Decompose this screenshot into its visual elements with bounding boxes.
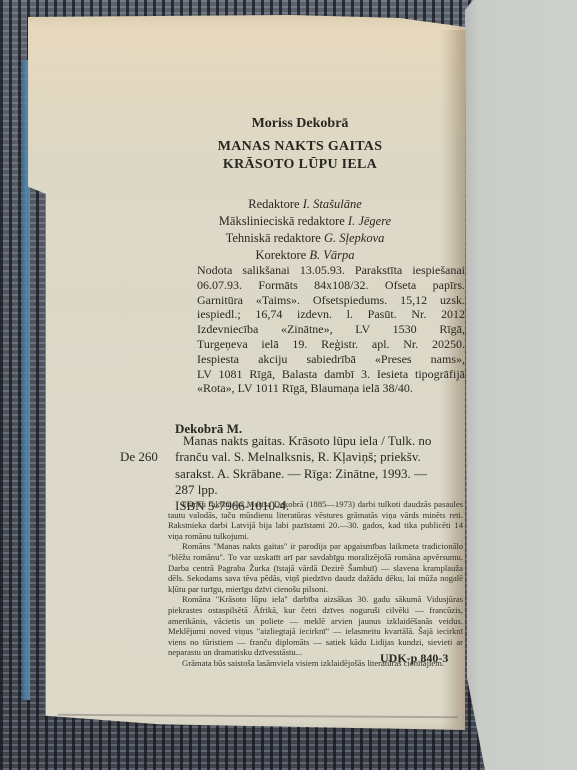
credit-line: Redaktore I. Stašulāne — [180, 196, 430, 213]
imprint-line: Turgeņeva ielā 19. Reģistr. apl. Nr. 202… — [197, 337, 465, 352]
right-page — [465, 0, 577, 770]
catalog-line: Manas nakts gaitas. Krāsoto lūpu iela / … — [175, 433, 465, 449]
book-author: Moriss Dekobrā — [150, 116, 450, 132]
annotation-block: Franču rakstnieka Morisa Dekobrā (1885—1… — [168, 499, 463, 669]
annotation-paragraph: Franču rakstnieka Morisa Dekobrā (1885—1… — [168, 499, 463, 541]
credit-name: I. Stašulāne — [303, 197, 362, 211]
credits-block: Redaktore I. Stašulāne Mākslinieciskā re… — [180, 196, 430, 264]
credit-line: Mākslinieciskā redaktore I. Jēgere — [180, 213, 430, 230]
catalog-line: sarakst. A. Skrābane. — Rīga: Zinātne, 1… — [175, 466, 465, 482]
imprint-line: «Rota», LV 1011 Rīgā, Blaumaņa ielā 38/4… — [197, 381, 465, 396]
book-title-line-1: MANAS NAKTS GAITAS — [150, 139, 450, 155]
annotation-paragraph: Romāna "Krāsoto lūpu iela" darbība aizsā… — [168, 594, 463, 658]
imprint-line: Iespiesta akciju sabiedrībā «Preses nams… — [197, 352, 465, 367]
imprint-line: Izdevniecība «Zinātne», LV 1530 Rīgā, — [197, 322, 465, 337]
credit-name: I. Jēgere — [348, 214, 391, 228]
book-title-line-2: KRĀSOTO LŪPU IELA — [150, 157, 450, 173]
credit-name: G. Sļepkova — [324, 231, 384, 245]
credit-line: Tehniskā redaktore G. Sļepkova — [180, 230, 430, 247]
catalog-line: franču val. S. Melnalksnis, R. Kļaviņš; … — [175, 449, 465, 465]
credit-name: B. Vārpa — [309, 248, 354, 262]
imprint-line: LV 1081 Rīgā, Balasta dambī 3. Iesieta t… — [197, 367, 465, 382]
imprint-block: Nodota salikšanai 13.05.93. Parakstīta i… — [197, 263, 465, 396]
udk-classification: UDK-p 840-3 — [380, 651, 448, 666]
imprint-line: Nodota salikšanai 13.05.93. Parakstīta i… — [197, 263, 465, 278]
catalog-code: De 260 — [120, 449, 158, 465]
credit-line: Korektore B. Vārpa — [180, 247, 430, 264]
imprint-line: 06.07.93. Formāts 84x108/32. Ofseta papī… — [197, 278, 465, 293]
annotation-paragraph: Romāns "Manas nakts gaitas" ir parodija … — [168, 541, 463, 594]
catalog-line: 287 lpp. — [175, 482, 465, 498]
imprint-line: Garnitūra «Taims». Ofsetspiedums. 15,12 … — [197, 293, 465, 308]
imprint-line: iespiedl.; 16,74 izdevn. l. Pasūt. Nr. 2… — [197, 307, 465, 322]
